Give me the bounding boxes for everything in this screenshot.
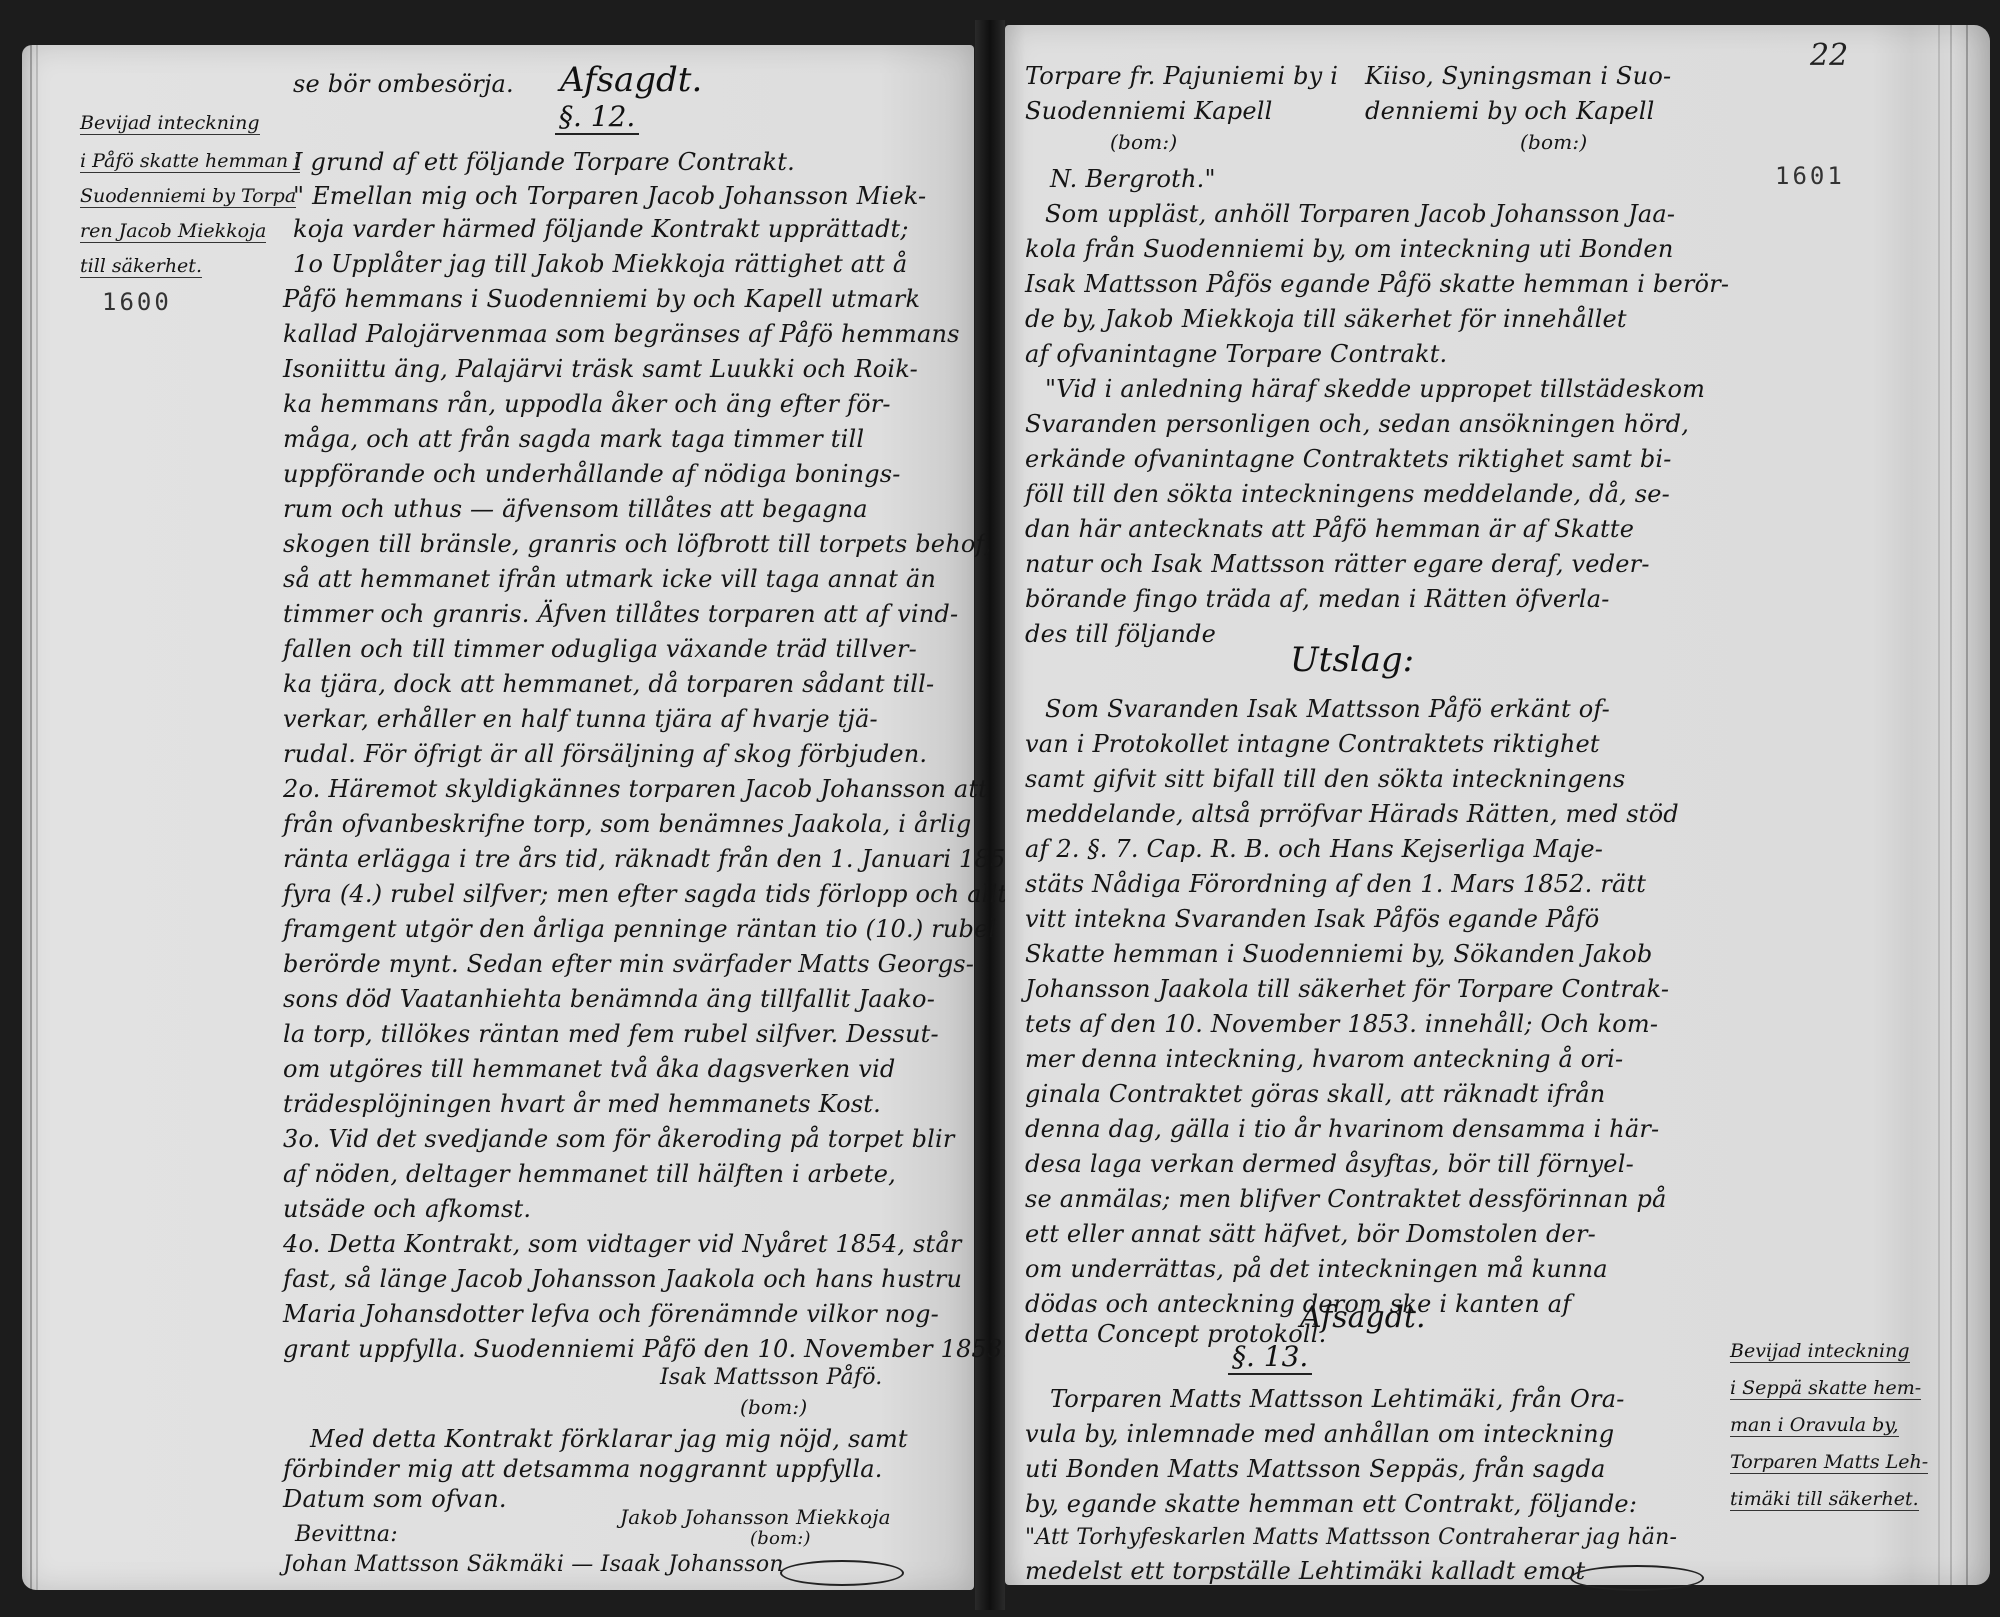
text-line: uti Bonden Matts Mattsson Seppäs, från s… bbox=[1025, 1455, 1606, 1483]
text-line: af 2. §. 7. Cap. R. B. och Hans Kejserli… bbox=[1025, 835, 1603, 863]
text-line: från ofvanbeskrifne torp, som benämnes J… bbox=[283, 810, 971, 838]
text-line: förbinder mig att detsamma noggrannt upp… bbox=[283, 1455, 883, 1483]
text-line: om utgöres till hemmanet två åka dagsver… bbox=[283, 1055, 895, 1083]
text-line: Svaranden personligen och, sedan ansökni… bbox=[1025, 410, 1689, 438]
book-spine bbox=[975, 20, 1005, 1610]
text-line: natur och Isak Mattsson rätter egare der… bbox=[1025, 550, 1650, 578]
signature-mark-note: (bom:) bbox=[1110, 130, 1177, 154]
text-line: Suodenniemi Kapell bbox=[1025, 97, 1273, 125]
text-line: van i Protokollet intagne Contraktets ri… bbox=[1025, 730, 1600, 758]
text-line: 1o Upplåter jag till Jakob Miekkoja rätt… bbox=[293, 250, 907, 278]
text-line: " Emellan mig och Torparen Jacob Johanss… bbox=[293, 182, 926, 210]
signer-name: N. Bergroth." bbox=[1050, 165, 1216, 193]
witness-label: Bevittna: bbox=[295, 1522, 398, 1547]
text-line: fast, så länge Jacob Johansson Jaakola o… bbox=[283, 1265, 962, 1293]
signature-flourish bbox=[1570, 1565, 1704, 1591]
text-line: Med detta Kontrakt förklarar jag mig nöj… bbox=[310, 1425, 908, 1453]
text-line: af ofvanintagne Torpare Contrakt. bbox=[1025, 340, 1447, 368]
text-line: Som uppläst, anhöll Torparen Jacob Johan… bbox=[1045, 200, 1675, 228]
text-line: ett eller annat sätt häfvet, bör Domstol… bbox=[1025, 1220, 1596, 1248]
text-line: meddelande, altså prröfvar Härads Rätten… bbox=[1025, 800, 1679, 828]
text-line: uppförande och underhållande af nödiga b… bbox=[283, 460, 901, 488]
margin-note-line: Torparen Matts Leh- bbox=[1730, 1451, 1928, 1474]
text-line: la torp, tillökes räntan med fem rubel s… bbox=[283, 1020, 939, 1048]
signature-mark-note: (bom:) bbox=[1520, 130, 1587, 154]
text-line: framgent utgör den årliga penninge ränta… bbox=[283, 915, 996, 943]
text-line: samt gifvit sitt bifall till den sökta i… bbox=[1025, 765, 1625, 793]
folio-number: 22 bbox=[1810, 38, 1848, 73]
text-line: Torpare fr. Pajuniemi by i bbox=[1025, 62, 1338, 90]
text-line: skogen till bränsle, granris och löfbrot… bbox=[283, 530, 992, 558]
page-edge bbox=[1950, 25, 1952, 1585]
margin-note-line: i Påfö skatte hemman i bbox=[80, 150, 300, 173]
text-line: dan här antecknats att Påfö hemman är af… bbox=[1025, 515, 1634, 543]
margin-note-line: Bevijad inteckning bbox=[1730, 1340, 1910, 1363]
text-line: dödas och anteckning derom ske i kanten … bbox=[1025, 1290, 1571, 1318]
margin-note-line: man i Oravula by, bbox=[1730, 1414, 1899, 1437]
text-line: föll till den sökta inteckningens meddel… bbox=[1025, 480, 1670, 508]
text-line: Maria Johansdotter lefva och förenämnde … bbox=[283, 1300, 939, 1328]
archive-stamp-number: 1601 bbox=[1775, 162, 1845, 190]
text-line: "Vid i anledning häraf skedde uppropet t… bbox=[1045, 375, 1705, 403]
signature-isak-mattsson: Isak Mattsson Påfö. bbox=[660, 1365, 882, 1390]
text-line: börande fingo träda af, medan i Rätten ö… bbox=[1025, 585, 1610, 613]
text-line: ka hemmans rån, uppodla åker och äng eft… bbox=[283, 390, 891, 418]
text-line: verkar, erhåller en half tunna tjära af … bbox=[283, 705, 878, 733]
text-line: Kiiso, Syningsman i Suo- bbox=[1365, 62, 1671, 90]
text-line: fallen och till timmer odugliga växande … bbox=[283, 635, 917, 663]
text-line: denna dag, gälla i tio år hvarinom densa… bbox=[1025, 1115, 1659, 1143]
text-line: erkände ofvanintagne Contraktets riktigh… bbox=[1025, 445, 1672, 473]
margin-note-line: i Seppä skatte hem- bbox=[1730, 1377, 1921, 1400]
text-line: Datum som ofvan. bbox=[283, 1485, 507, 1513]
text-line: Johansson Jaakola till säkerhet för Torp… bbox=[1025, 975, 1669, 1003]
margin-note-line: ren Jacob Miekkoja bbox=[80, 220, 266, 243]
text-line: af nöden, deltager hemmanet till hälften… bbox=[283, 1160, 896, 1188]
text-line: 2o. Häremot skyldigkännes torparen Jacob… bbox=[283, 775, 988, 803]
text-line: vula by, inlemnade med anhållan om intec… bbox=[1025, 1420, 1614, 1448]
text-line: trädesplöjningen hvart år med hemmanets … bbox=[283, 1090, 881, 1118]
archive-stamp-number: 1600 bbox=[102, 288, 172, 316]
margin-note-line: timäki till säkerhet. bbox=[1730, 1488, 1919, 1511]
page-edge bbox=[36, 45, 38, 1590]
text-line: grant uppfylla. Suodenniemi Påfö den 10.… bbox=[283, 1335, 1010, 1363]
text-line: ränta erlägga i tre års tid, räknadt frå… bbox=[283, 845, 1021, 873]
text-line: koja varder härmed följande Kontrakt upp… bbox=[293, 215, 909, 243]
signature-mark-note: (bom:) bbox=[750, 1528, 811, 1549]
text-line: by, egande skatte hemman ett Contrakt, f… bbox=[1025, 1490, 1637, 1518]
page-edge bbox=[1966, 25, 1968, 1585]
text-line: kallad Palojärvenmaa som begränses af På… bbox=[283, 320, 960, 348]
text-line: se bör ombesörja. bbox=[293, 70, 514, 98]
text-line: medelst ett torpställe Lehtimäki kalladt… bbox=[1025, 1557, 1585, 1585]
text-line: rum och uthus — äfvensom tillåtes att be… bbox=[283, 495, 868, 523]
text-line: 4o. Detta Kontrakt, som vidtager vid Nyå… bbox=[283, 1230, 962, 1258]
text-line: se anmälas; men blifver Contraktet dessf… bbox=[1025, 1185, 1667, 1213]
text-line: utsäde och afkomst. bbox=[283, 1195, 531, 1223]
text-line: denniemi by och Kapell bbox=[1365, 97, 1655, 125]
decision-heading: Afsagdt. bbox=[560, 60, 702, 100]
text-line: måga, och att från sagda mark taga timme… bbox=[283, 425, 864, 453]
margin-note-line: Suodenniemi by Torpa bbox=[80, 185, 296, 208]
text-line: 3o. Vid det svedjande som för åkeroding … bbox=[283, 1125, 955, 1153]
decision-heading: Afsagdt. bbox=[1300, 1300, 1426, 1335]
text-line: tets af den 10. November 1853. innehåll;… bbox=[1025, 1010, 1658, 1038]
text-line: Som Svaranden Isak Mattsson Påfö erkänt … bbox=[1045, 695, 1610, 723]
text-line: stäts Nådiga Förordning af den 1. Mars 1… bbox=[1025, 870, 1646, 898]
text-line: timmer och granris. Äfven tillåtes torpa… bbox=[283, 600, 958, 628]
text-line: Torparen Matts Mattsson Lehtimäki, från … bbox=[1050, 1385, 1625, 1413]
text-line: mer denna inteckning, hvarom anteckning … bbox=[1025, 1045, 1623, 1073]
page-edge bbox=[1938, 25, 1940, 1585]
signature-mark-note: (bom:) bbox=[740, 1395, 807, 1419]
text-line: I grund af ett följande Torpare Contrakt… bbox=[293, 148, 795, 176]
text-line: sons död Vaatanhiehta benämnda äng tillf… bbox=[283, 985, 935, 1013]
section-number: §. 13. bbox=[1228, 1340, 1312, 1375]
text-line: desa laga verkan dermed åsyftas, bör til… bbox=[1025, 1150, 1634, 1178]
text-line: ginala Contraktet göras skall, att räkna… bbox=[1025, 1080, 1605, 1108]
text-line: de by, Jakob Miekkoja till säkerhet för … bbox=[1025, 305, 1627, 333]
section-number: §. 12. bbox=[555, 100, 639, 135]
ruling-heading: Utslag: bbox=[1290, 640, 1414, 680]
text-line: des till följande bbox=[1025, 620, 1216, 648]
witness-signatures: Johan Mattsson Säkmäki — Isaak Johansson bbox=[283, 1552, 784, 1577]
text-line: vitt intekna Svaranden Isak Påfös egande… bbox=[1025, 905, 1599, 933]
text-line: berörde mynt. Sedan efter min svärfader … bbox=[283, 950, 974, 978]
text-line: om underrättas, på det inteckningen må k… bbox=[1025, 1255, 1608, 1283]
text-line: Isoniittu äng, Palajärvi träsk samt Luuk… bbox=[283, 355, 918, 383]
text-line: fyra (4.) rubel silfver; men efter sagda… bbox=[283, 880, 1007, 908]
text-line: Skatte hemman i Suodenniemi by, Sökanden… bbox=[1025, 940, 1652, 968]
text-line: ka tjära, dock att hemmanet, då torparen… bbox=[283, 670, 934, 698]
text-line: "Att Torhyfeskarlen Matts Mattsson Contr… bbox=[1025, 1525, 1677, 1550]
text-line: rudal. För öfrigt är all försäljning af … bbox=[283, 740, 927, 768]
margin-note-line: till säkerhet. bbox=[80, 255, 202, 278]
page-edge bbox=[30, 45, 32, 1590]
margin-note-line: Bevijad inteckning bbox=[80, 112, 260, 135]
text-line: Isak Mattsson Påfös egande Påfö skatte h… bbox=[1025, 270, 1729, 298]
signature-flourish bbox=[780, 1560, 904, 1586]
text-line: så att hemmanet ifrån utmark icke vill t… bbox=[283, 565, 936, 593]
signature-jakob-johansson: Jakob Johansson Miekkoja bbox=[620, 1505, 891, 1529]
text-line: Påfö hemmans i Suodenniemi by och Kapell… bbox=[283, 285, 920, 313]
text-line: kola från Suodenniemi by, om inteckning … bbox=[1025, 235, 1673, 263]
